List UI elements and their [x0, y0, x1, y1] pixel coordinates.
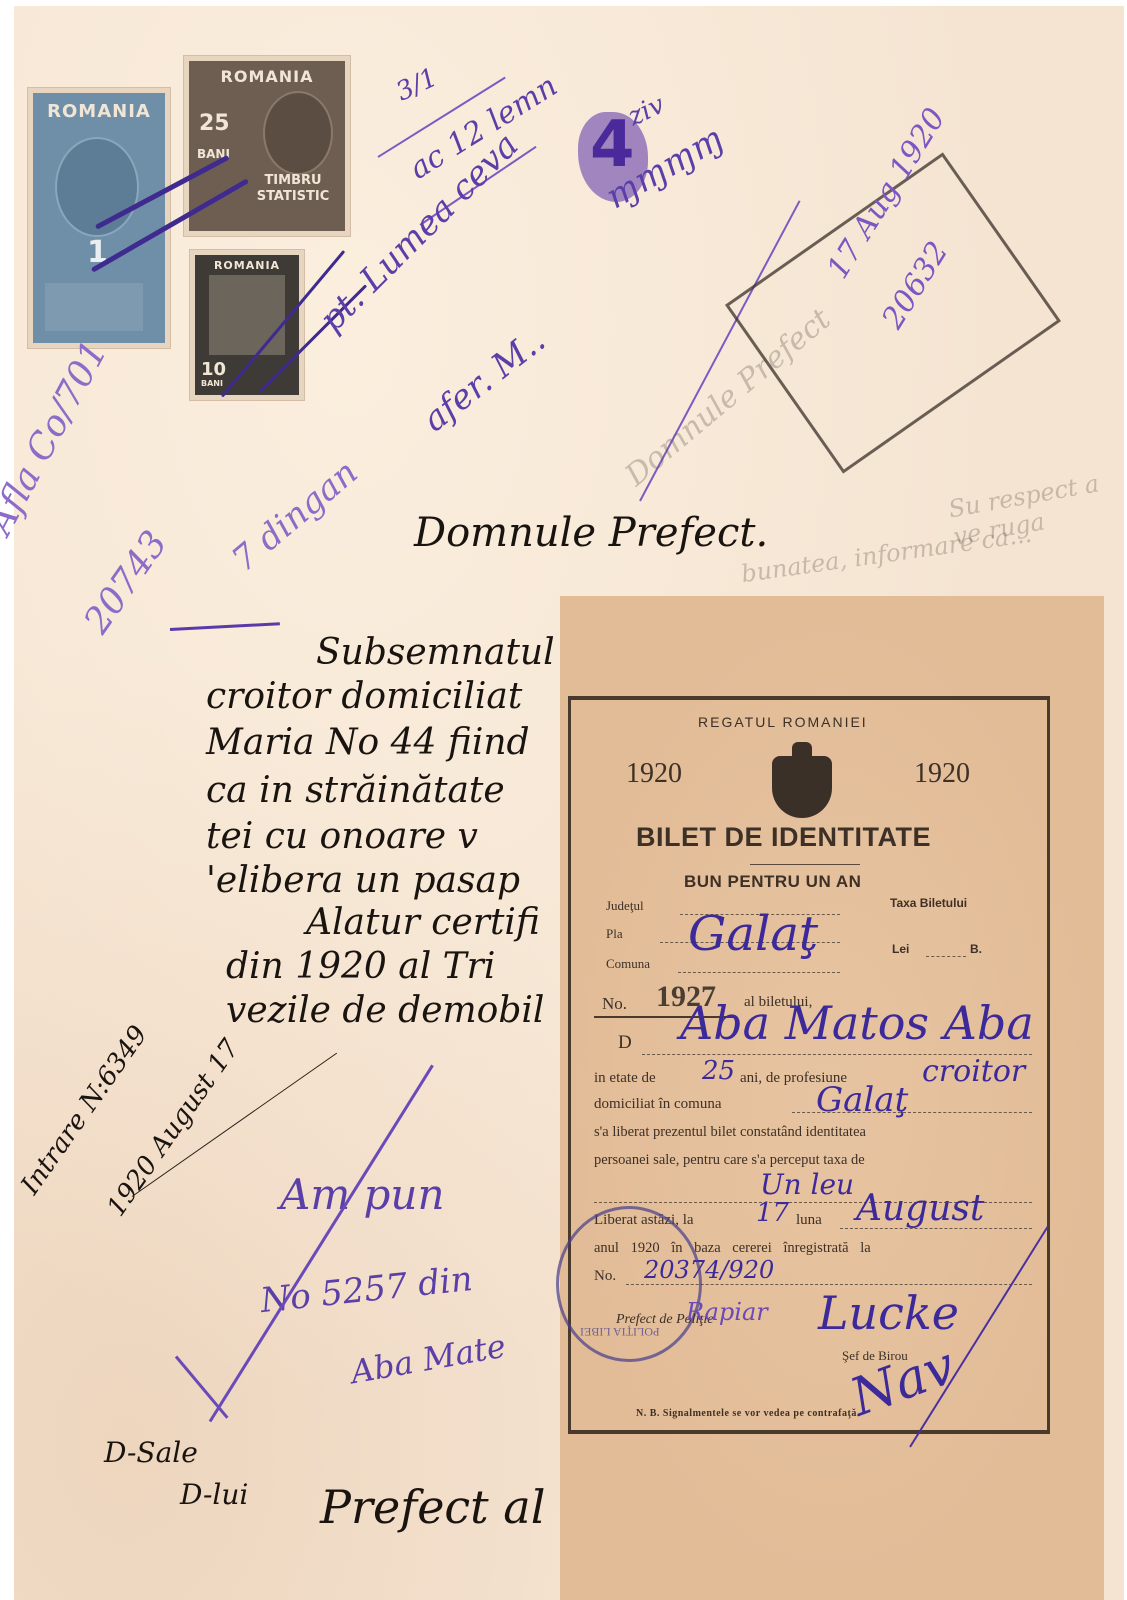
letter-line: ca in străinătate — [206, 770, 505, 811]
identity-card: REGATUL ROMANIEI 1920 1920 BILET DE IDEN… — [560, 596, 1104, 1600]
label-judetul: Judeţul — [606, 898, 644, 914]
domicile-value: Galaţ — [816, 1080, 908, 1120]
closing-line-3: Prefect al — [320, 1480, 545, 1534]
coat-of-arms-icon — [772, 756, 832, 818]
letter-line: 'elibera un pasap — [206, 860, 520, 901]
card-title: BILET DE IDENTITATE — [636, 822, 931, 853]
comuna-value: Galaţ — [688, 906, 818, 962]
card-text-1: s'a liberat prezentul bilet constatând i… — [594, 1124, 866, 1141]
letter-line: Alatur certifi — [306, 902, 540, 943]
closing-line-2: D-lui — [180, 1478, 248, 1511]
label-lei: Lei — [892, 942, 909, 956]
chief-signature: Lucke — [818, 1286, 959, 1340]
label-pla: Pla — [606, 926, 623, 942]
issued-month: August — [856, 1188, 984, 1229]
stamp-timbru-statistic: ROMANIA 25 BANI TIMBRU STATISTIC — [184, 56, 350, 236]
comuna-field-line — [678, 972, 840, 973]
stamp-timbru-fiscal: ROMANIA 1 — [28, 88, 170, 348]
letter-line: vezile de demobil — [226, 990, 544, 1031]
label-month: luna — [796, 1212, 822, 1229]
stamp-timbru-ajutor: ROMANIA 10 BANI — [190, 250, 304, 400]
label-age: in etate de — [594, 1070, 656, 1087]
label-bani: B. — [970, 942, 982, 956]
title-rule — [750, 864, 860, 865]
holder-name: Aba Matos Aba — [680, 996, 1034, 1050]
prefect-signature: Rapiar — [686, 1298, 768, 1326]
profession-value: croitor — [922, 1054, 1025, 1089]
closing-line-1: D-Sale — [104, 1436, 198, 1469]
label-taxa: Taxa Biletului — [890, 896, 967, 910]
king-portrait-icon — [55, 137, 139, 237]
label-comuna: Comuna — [606, 956, 650, 972]
age-value: 25 — [702, 1056, 735, 1086]
label-no: No. — [602, 994, 627, 1014]
card-year-right: 1920 — [914, 758, 970, 790]
card-footer-note: N. B. Signalmentele se vor vedea pe cont… — [636, 1408, 860, 1419]
lei-field-line — [926, 956, 966, 957]
label-domicile: domiciliat în comuna — [594, 1096, 721, 1113]
letter-salutation: Domnule Prefect. — [414, 510, 768, 556]
label-d: D — [618, 1032, 632, 1054]
letter-line: din 1920 al Tri — [226, 946, 495, 987]
fee-value: Un leu — [760, 1168, 854, 1201]
card-kingdom: REGATUL ROMANIEI — [698, 714, 868, 730]
card-subtitle: BUN PENTRU UN AN — [684, 872, 861, 892]
letter-line: croitor domiciliat — [206, 676, 522, 717]
letter-line: Subsemnatul — [316, 632, 555, 673]
letter-line: Maria No 44 fiind — [206, 722, 530, 763]
card-year-left: 1920 — [626, 758, 682, 790]
card-text-2: persoanei sale, pentru care s'a perceput… — [594, 1152, 865, 1169]
issued-day: 17 — [756, 1198, 789, 1228]
letter-line: tei cu onoare v — [206, 816, 478, 857]
king-portrait-icon — [263, 91, 333, 175]
